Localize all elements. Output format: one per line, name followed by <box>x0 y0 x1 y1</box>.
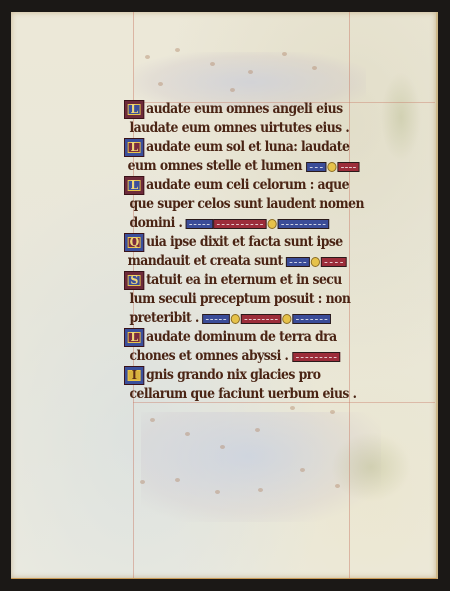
line-text: audate dominum de terra dra <box>146 328 337 347</box>
offset-spot <box>282 52 287 56</box>
line-text: preteribit . <box>130 309 199 328</box>
text-line: mandauit et creata sunt <box>124 252 337 271</box>
line-text: audate eum celi celorum : aque <box>146 176 349 195</box>
offset-spot <box>158 82 163 86</box>
offset-spot <box>248 70 253 74</box>
text-line: lum seculi preceptum posuit : non <box>124 290 337 309</box>
line-text: lum seculi preceptum posuit : non <box>130 290 351 309</box>
text-line: chones et omnes abyssi . <box>124 347 337 366</box>
offset-spot <box>150 418 155 422</box>
illuminated-initial: L <box>124 328 144 347</box>
line-text: laudate eum omnes uirtutes eius . <box>130 119 350 138</box>
offset-spot <box>175 478 180 482</box>
illuminated-initial: L <box>124 138 144 157</box>
offset-spot <box>255 428 260 432</box>
offset-spot <box>185 432 190 436</box>
offset-spot <box>230 88 235 92</box>
line-text: audate eum sol et luna: laudate <box>146 138 349 157</box>
line-filler-decoration <box>202 313 331 324</box>
offset-spot <box>210 62 215 66</box>
text-line: preteribit . <box>124 309 337 328</box>
illuminated-initial: L <box>124 176 144 195</box>
text-line: L audate dominum de terra dra <box>124 328 337 347</box>
offset-spot <box>220 445 225 449</box>
offset-spot <box>300 468 305 472</box>
line-filler-decoration <box>286 256 347 267</box>
offset-spot <box>312 66 317 70</box>
illuminated-initial: I <box>124 366 144 385</box>
text-line: I gnis grando nix glacies pro <box>124 366 337 385</box>
line-text: domini . <box>130 214 183 233</box>
text-line: Q uia ipse dixit et facta sunt ipse <box>124 233 337 252</box>
text-line: S tatuit ea in eternum et in secu <box>124 271 337 290</box>
line-filler-decoration <box>292 351 340 362</box>
offset-spot <box>145 55 150 59</box>
text-block: L audate eum omnes angeli eius laudate e… <box>124 100 356 404</box>
line-filler-decoration <box>306 161 359 172</box>
offset-spot <box>290 406 295 410</box>
text-line: laudate eum omnes uirtutes eius . <box>124 119 337 138</box>
offset-spot <box>140 480 145 484</box>
offset-spot <box>330 410 335 414</box>
text-line: L audate eum omnes angeli eius <box>124 100 337 119</box>
text-line: L audate eum sol et luna: laudate <box>124 138 337 157</box>
line-text: audate eum omnes angeli eius <box>146 100 342 119</box>
stain <box>381 72 421 162</box>
offset-spot <box>215 490 220 494</box>
text-line: L audate eum celi celorum : aque <box>124 176 337 195</box>
line-text: eum omnes stelle et lumen <box>128 157 302 176</box>
line-text: cellarum que faciunt uerbum eius . <box>130 385 357 404</box>
line-filler-decoration <box>186 218 330 229</box>
text-line: cellarum que faciunt uerbum eius . <box>124 385 337 404</box>
offset-spot <box>175 48 180 52</box>
offset-spot <box>258 488 263 492</box>
line-text: uia ipse dixit et facta sunt ipse <box>146 233 343 252</box>
line-text: gnis grando nix glacies pro <box>146 366 320 385</box>
text-line: eum omnes stelle et lumen <box>124 157 337 176</box>
line-text: chones et omnes abyssi . <box>130 347 289 366</box>
stain <box>331 432 411 502</box>
line-text: tatuit ea in eternum et in secu <box>146 271 342 290</box>
offset-spot <box>335 484 340 488</box>
illuminated-initial: L <box>124 100 144 119</box>
illuminated-initial: S <box>124 271 144 290</box>
illuminated-initial: Q <box>124 233 144 252</box>
text-line: que super celos sunt laudent nomen <box>124 195 337 214</box>
text-line: domini . <box>124 214 337 233</box>
line-text: que super celos sunt laudent nomen <box>130 195 364 214</box>
line-text: mandauit et creata sunt <box>128 252 283 271</box>
